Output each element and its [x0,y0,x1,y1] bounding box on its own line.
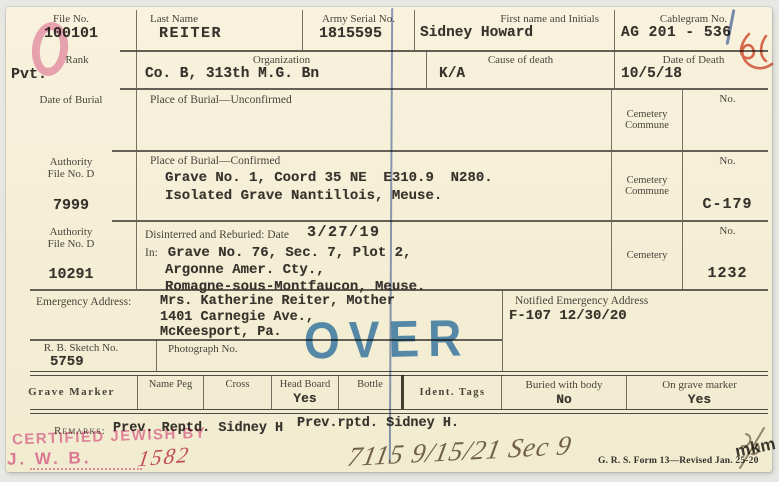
bottle-label: Bottle [339,375,401,390]
red-pen-scribble [733,28,779,80]
cemetery-commune-cell-2: Cemetery Commune [612,152,683,220]
no-cell-3: No. 1232 [683,222,772,289]
cemetery-label-line1: Cemetery [627,109,668,121]
place-confirmed-label: Place of Burial—Confirmed [137,152,611,167]
confirmed-detail-1: Grave No. 1, Coord 35 NE E310.9 N280. [137,170,611,186]
reburial-detail-1: Grave No. 76, Sec. 7, Plot 2, [168,245,412,261]
first-name-cell: First name and Initials Sidney Howard [415,10,615,50]
date-of-burial-cell: Date of Burial [6,90,137,150]
reburial-date: 3/27/19 [307,224,381,241]
authority-cell-2: Authority File No. D 10291 [6,222,137,289]
reburial-detail-2: Argonne Amer. Cty., [137,262,611,278]
authority-label-1a: Authority [50,152,93,168]
emergency-line-1: Mrs. Katherine Reiter, Mother [160,294,395,310]
cemetery-cell-3: Cemetery [612,222,683,289]
last-name-value: REITER [137,25,302,42]
reburial-detail-cell: Disinterred and Reburied: Date 3/27/19 I… [137,222,612,289]
authority-label-2a: Authority [50,222,93,238]
ident-tags-label: Ident. Tags [419,387,485,398]
authority-cell-1: Authority File No. D 7999 [6,152,137,220]
cemetery-label-line1: Cemetery [627,175,668,187]
serial-value: 1815595 [303,25,414,42]
cross-label: Cross [204,375,271,390]
confirmed-detail-2: Isolated Grave Nantillois, Meuse. [137,188,611,204]
notified-address-label: Notified Emergency Address [503,291,772,307]
notified-address-value: F-107 12/30/20 [503,308,772,324]
file-no-label: File No. [6,10,136,25]
name-peg-cell: Name Peg [138,375,204,409]
organization-cell: Organization Co. B, 313th M.G. Bn [137,51,427,88]
ident-tags-cell: Ident. Tags [404,375,502,409]
head-board-value: Yes [272,391,338,406]
buried-with-body-cell: Buried with body No [502,375,627,409]
photograph-no-label: Photograph No. [168,343,238,355]
authority-file-no-1: 7999 [53,197,89,214]
last-name-cell: Last Name REITER [137,10,303,50]
rank-cell: Rank Pvt. [6,51,137,88]
file-no-value: 100101 [6,25,136,42]
rule [30,409,768,414]
no-value-3: 1232 [707,265,747,282]
first-name-label: First name and Initials [415,10,614,25]
organization-value: Co. B, 313th M.G. Bn [137,66,426,82]
row-burial-confirmed: Authority File No. D 7999 Place of Buria… [6,152,772,220]
pink-dotted-rule [30,462,142,470]
authority-label-1b: File No. D [48,168,95,180]
row-service: Rank Pvt. Organization Co. B, 313th M.G.… [6,51,772,88]
cemetery-label-line2: Commune [625,120,669,132]
row-burial-unconfirmed: Date of Burial Place of Burial—Unconfirm… [6,90,772,150]
row-identification: File No. 100101 Last Name REITER Army Se… [6,10,772,50]
cause-of-death-label: Cause of death [427,51,614,66]
remarks-entry-2: Prev.rptd. Sidney H. [297,416,459,431]
over-stamp: OVER [304,307,471,371]
date-of-burial-label: Date of Burial [6,90,136,106]
on-grave-marker-value: Yes [627,392,772,407]
no-value-2: C-179 [702,196,752,213]
rank-label: Rank [6,51,136,66]
notified-address-cell: Notified Emergency Address F-107 12/30/2… [503,291,772,371]
pencil-squiggle [712,424,776,474]
no-label-2: No. [719,152,735,167]
cross-cell: Cross [204,375,272,409]
no-cell-2: No. C-179 [683,152,772,220]
grave-marker-cell: Grave Marker [6,375,138,409]
cemetery-commune-cell-1: Cemetery Commune [612,90,683,150]
grave-marker-label: Grave Marker [28,386,115,398]
place-confirmed-cell: Place of Burial—Confirmed Grave No. 1, C… [137,152,612,220]
serial-label: Army Serial No. [303,10,414,25]
no-label-3: No. [719,222,735,237]
rank-value: Pvt. [6,66,136,83]
cause-of-death-value: K/A [427,66,614,82]
emergency-address-label: Emergency Address: [36,296,131,308]
on-grave-marker-label: On grave marker [627,375,772,391]
reburial-in-label: In: [137,247,158,259]
cemetery-label-line2: Commune [625,186,669,198]
buried-with-body-label: Buried with body [502,375,626,391]
organization-label: Organization [137,51,426,66]
authority-file-no-2: 10291 [48,266,93,283]
cause-of-death-cell: Cause of death K/A [427,51,615,88]
place-unconfirmed-label: Place of Burial—Unconfirmed [137,90,611,106]
head-board-cell: Head Board Yes [272,375,339,409]
cablegram-label: Cablegram No. [615,10,772,25]
sketch-no-cell: R. B. Sketch No. 5759 [6,340,157,371]
on-grave-marker-cell: On grave marker Yes [627,375,772,409]
last-name-label: Last Name [137,10,302,25]
cemetery-label: Cemetery [627,250,668,262]
first-name-value: Sidney Howard [415,25,614,41]
head-board-label: Head Board [272,375,338,390]
jwb-number-handwritten: 1582 [136,442,192,473]
scanned-card-photo: File No. 100101 Last Name REITER Army Se… [0,0,779,482]
reburial-label: Disinterred and Reburied: Date [145,229,289,241]
name-peg-label: Name Peg [138,375,203,390]
place-unconfirmed-cell: Place of Burial—Unconfirmed [137,90,612,150]
bottle-cell: Bottle [339,375,404,409]
no-cell-1: No. [683,90,772,150]
authority-label-2b: File No. D [48,238,95,250]
serial-cell: Army Serial No. 1815595 [303,10,415,50]
buried-with-body-value: No [502,392,626,407]
sketch-no-label: R. B. Sketch No. [6,340,156,354]
no-label-1: No. [719,90,735,105]
file-no-cell: File No. 100101 [6,10,137,50]
sketch-no-value: 5759 [6,354,156,370]
